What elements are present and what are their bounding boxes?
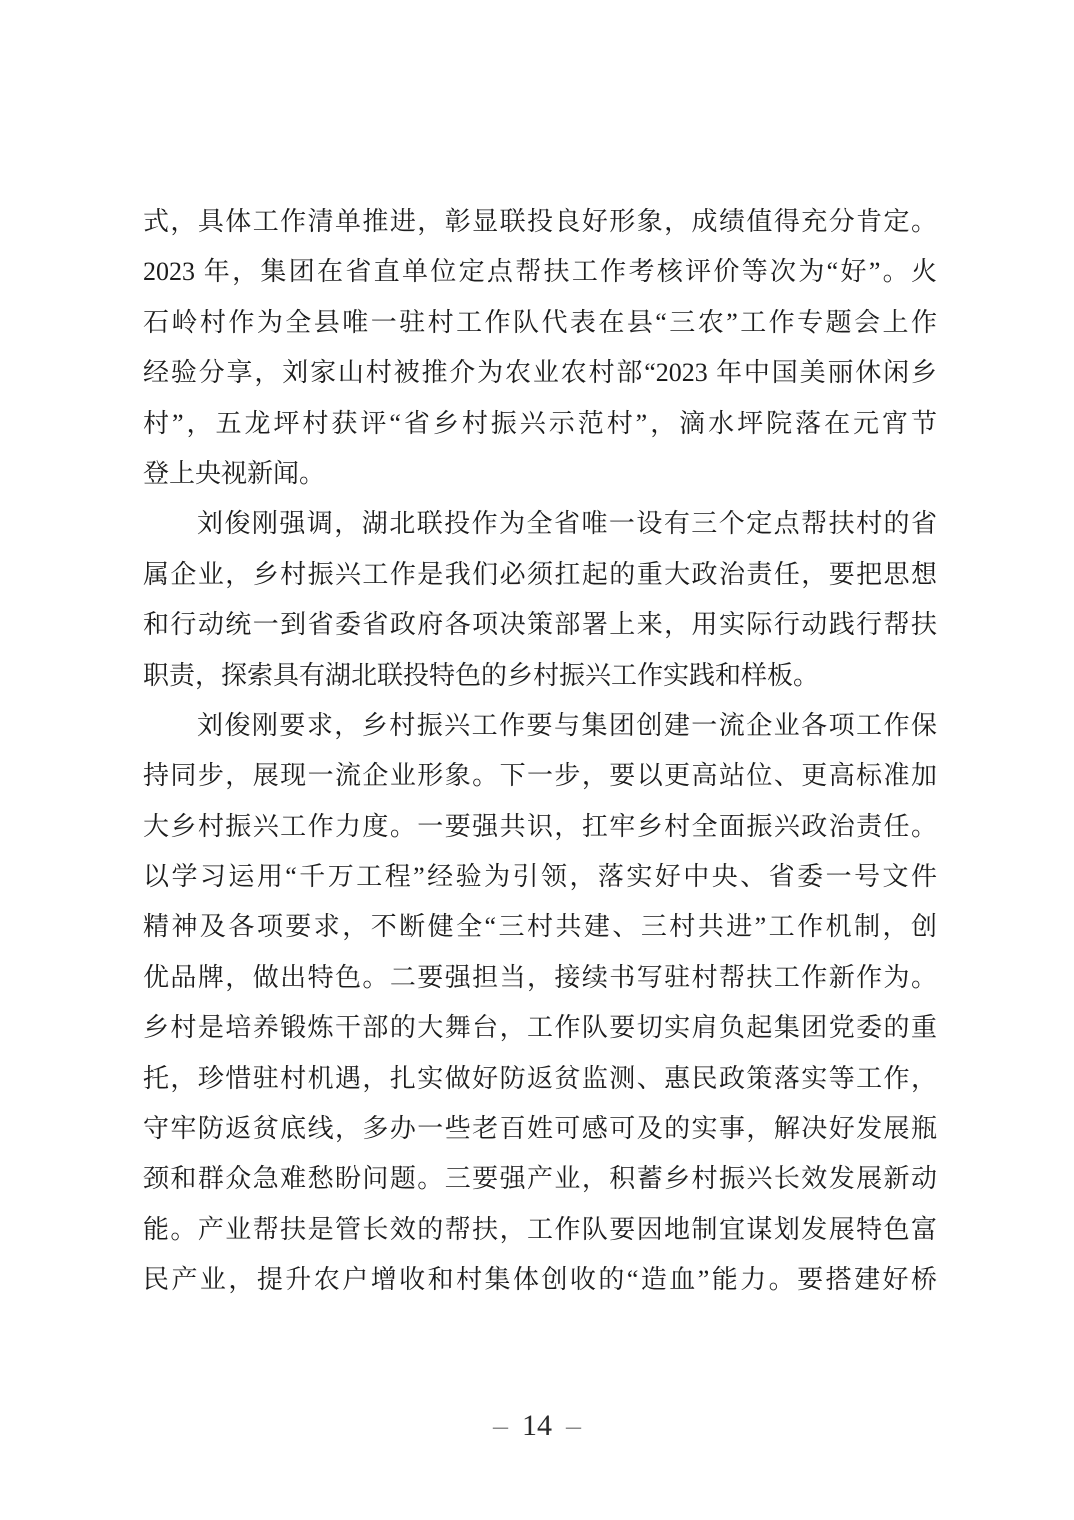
text-line: 登上央视新闻。 <box>143 449 937 499</box>
footer-right-dash: – <box>566 1409 581 1442</box>
text-line: 2023 年，集团在省直单位定点帮扶工作考核评价等次为“好”。火 <box>143 247 937 297</box>
text-line: 石岭村作为全县唯一驻村工作队代表在县“三农”工作专题会上作 <box>143 298 937 348</box>
text-line: 职责，探索具有湖北联投特色的乡村振兴工作实践和样板。 <box>143 651 937 701</box>
text-line: 式，具体工作清单推进，彰显联投良好形象，成绩值得充分肯定。 <box>143 197 937 247</box>
text-line: 刘俊刚强调，湖北联投作为全省唯一设有三个定点帮扶村的省 <box>143 499 937 549</box>
text-line: 守牢防返贫底线，多办一些老百姓可感可及的实事，解决好发展瓶 <box>143 1104 937 1154</box>
text-line: 颈和群众急难愁盼问题。三要强产业，积蓄乡村振兴长效发展新动 <box>143 1154 937 1204</box>
text-line: 能。产业帮扶是管长效的帮扶，工作队要因地制宜谋划发展特色富 <box>143 1205 937 1255</box>
text-line: 经验分享，刘家山村被推介为农业农村部“2023 年中国美丽休闲乡 <box>143 348 937 398</box>
text-line: 和行动统一到省委省政府各项决策部署上来，用实际行动践行帮扶 <box>143 600 937 650</box>
text-line: 刘俊刚要求，乡村振兴工作要与集团创建一流企业各项工作保 <box>143 701 937 751</box>
text-line: 民产业，提升农户增收和村集体创收的“造血”能力。要搭建好桥 <box>143 1255 937 1305</box>
page-number: 14 <box>522 1409 552 1442</box>
page-footer: –14– <box>0 1406 1074 1446</box>
document-page: 式，具体工作清单推进，彰显联投良好形象，成绩值得充分肯定。2023 年，集团在省… <box>0 0 1074 1520</box>
text-line: 优品牌，做出特色。二要强担当，接续书写驻村帮扶工作新作为。 <box>143 953 937 1003</box>
text-line: 乡村是培养锻炼干部的大舞台，工作队要切实肩负起集团党委的重 <box>143 1003 937 1053</box>
footer-left-dash: – <box>493 1409 508 1442</box>
document-lines: 式，具体工作清单推进，彰显联投良好形象，成绩值得充分肯定。2023 年，集团在省… <box>143 197 937 1306</box>
text-line: 托，珍惜驻村机遇，扎实做好防返贫监测、惠民政策落实等工作， <box>143 1054 937 1104</box>
text-line: 属企业，乡村振兴工作是我们必须扛起的重大政治责任，要把思想 <box>143 550 937 600</box>
text-line: 大乡村振兴工作力度。一要强共识，扛牢乡村全面振兴政治责任。 <box>143 802 937 852</box>
text-line: 村”，五龙坪村获评“省乡村振兴示范村”，滴水坪院落在元宵节 <box>143 399 937 449</box>
text-line: 精神及各项要求，不断健全“三村共建、三村共进”工作机制，创 <box>143 902 937 952</box>
text-line: 持同步，展现一流企业形象。下一步，要以更高站位、更高标准加 <box>143 751 937 801</box>
text-line: 以学习运用“千万工程”经验为引领，落实好中央、省委一号文件 <box>143 852 937 902</box>
